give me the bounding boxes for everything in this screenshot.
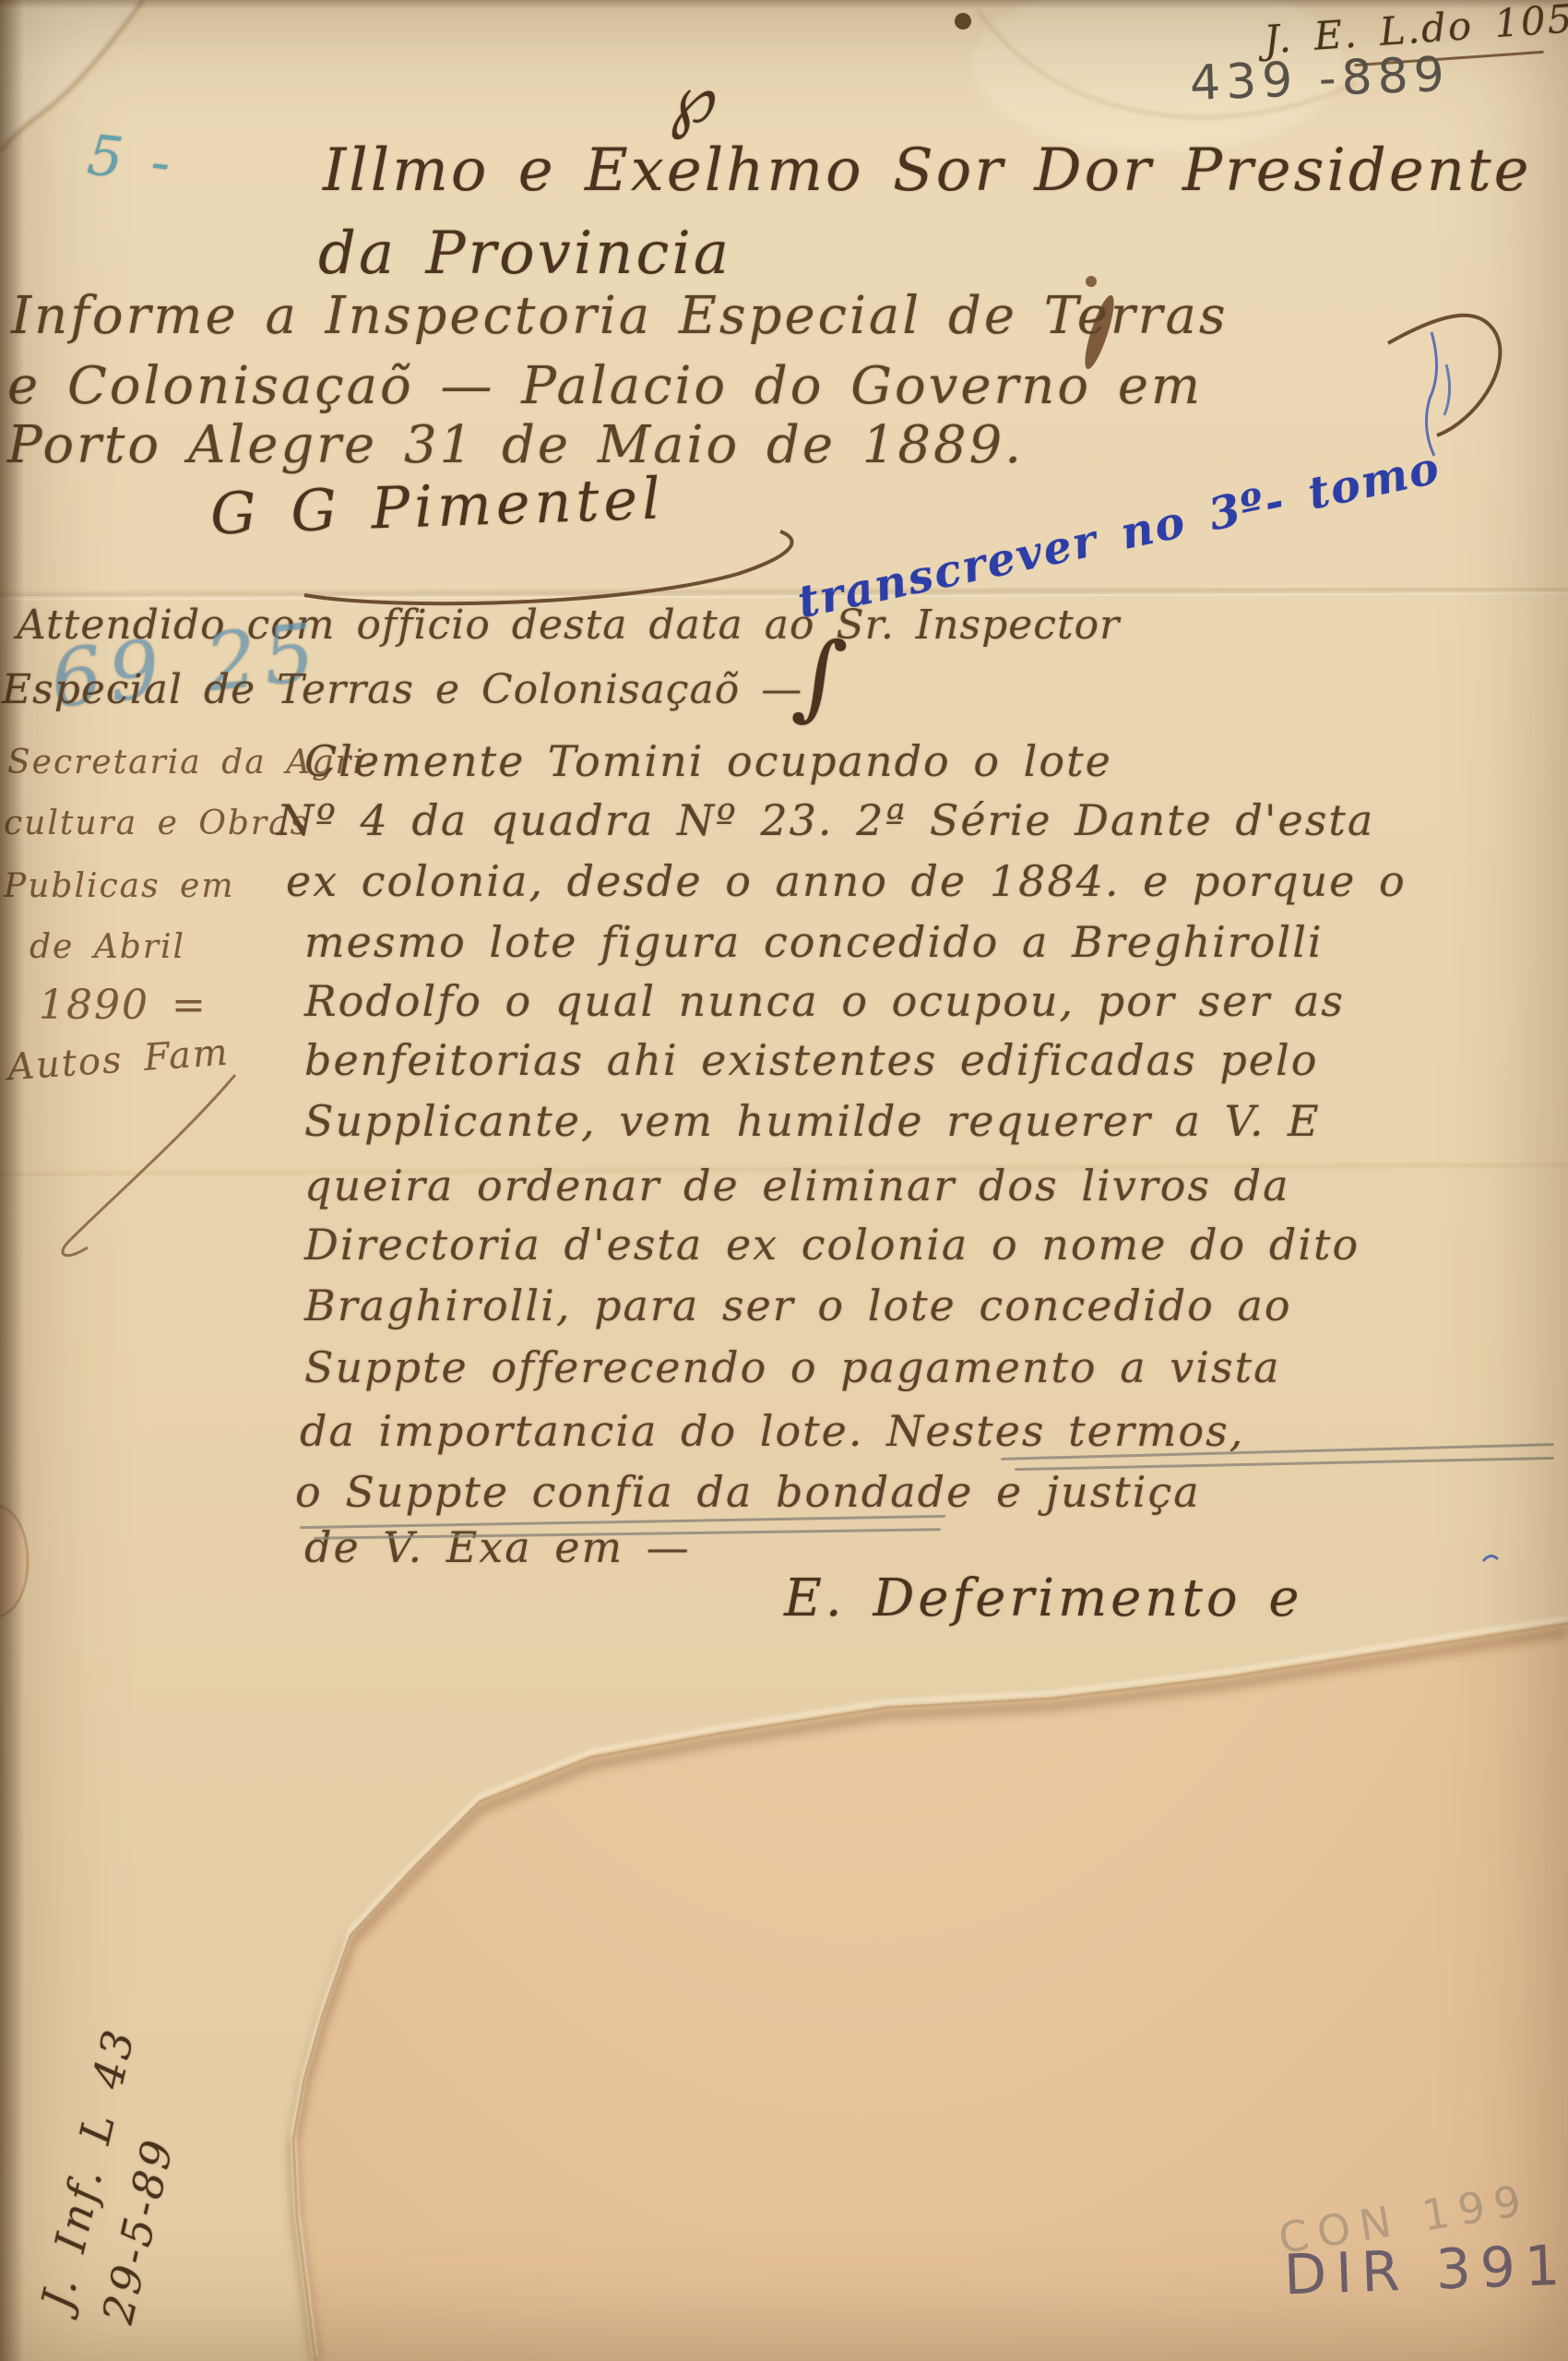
body-line-6: Supplicante, vem humilde requerer a V. E <box>304 1096 1321 1146</box>
body-line-11: da importancia do lote. Nestes termos, <box>300 1406 1244 1456</box>
body-line-7: queira ordenar de eliminar dos livros da <box>304 1161 1290 1210</box>
blue-crayon-mark: 5 - <box>85 123 175 196</box>
body-line-1: Nº 4 da quadra Nº 23. 2ª Série Dante d'e… <box>277 795 1374 845</box>
catalog-number: DIR 391 <box>1283 2234 1568 2308</box>
body-line-0: Clemente Tomini ocupando o lote <box>304 736 1112 786</box>
attendido-line-2: Especial de Terras e Colonisaçaõ — <box>2 666 802 713</box>
closing-line: E. Deferimento e <box>784 1568 1303 1628</box>
margin-note-de-abril: de Abril <box>30 928 185 966</box>
dispatch-line-3: Porto Alegre 31 de Maio de 1889. <box>7 415 1024 475</box>
body-line-2: ex colonia, desde o anno de 1884. e porq… <box>286 856 1407 906</box>
document-scan: J. E. L.do 1059 439 -889 5 - ℘ Illmo e E… <box>0 0 1568 2361</box>
body-line-10: Suppte offerecendo o pagamento a vista <box>304 1342 1281 1392</box>
body-line-5: benfeitorias ahi existentes edificadas p… <box>304 1035 1318 1085</box>
dispatch-line-2: e Colonisaçaõ — Palacio do Governo em <box>7 356 1203 416</box>
dispatch-line-1: Informe a Inspectoria Especial de Terras <box>11 286 1229 346</box>
title-line-1: Illmo e Exelhmo Sor Dor Presidente <box>323 137 1532 205</box>
body-line-8: Directoria d'esta ex colonia o nome do d… <box>304 1220 1360 1270</box>
pencil-number: 439 -889 <box>1189 47 1451 112</box>
title-line-2: da Provincia <box>318 220 731 288</box>
margin-note-publicas: Publicas em <box>4 867 234 905</box>
body-line-3: mesmo lote figura concedido a Breghiroll… <box>304 917 1324 967</box>
body-line-9: Braghirolli, para ser o lote concedido a… <box>304 1281 1292 1330</box>
body-line-4: Rodolfo o qual nunca o ocupou, por ser a… <box>304 976 1345 1026</box>
margin-note-1890: 1890 = <box>39 982 208 1029</box>
body-line-13: de V. Exa em — <box>304 1522 691 1572</box>
body-line-12: o Suppte confia da bondade e justiça <box>295 1467 1201 1517</box>
margin-note-cultura: cultura e Obras <box>4 805 309 842</box>
